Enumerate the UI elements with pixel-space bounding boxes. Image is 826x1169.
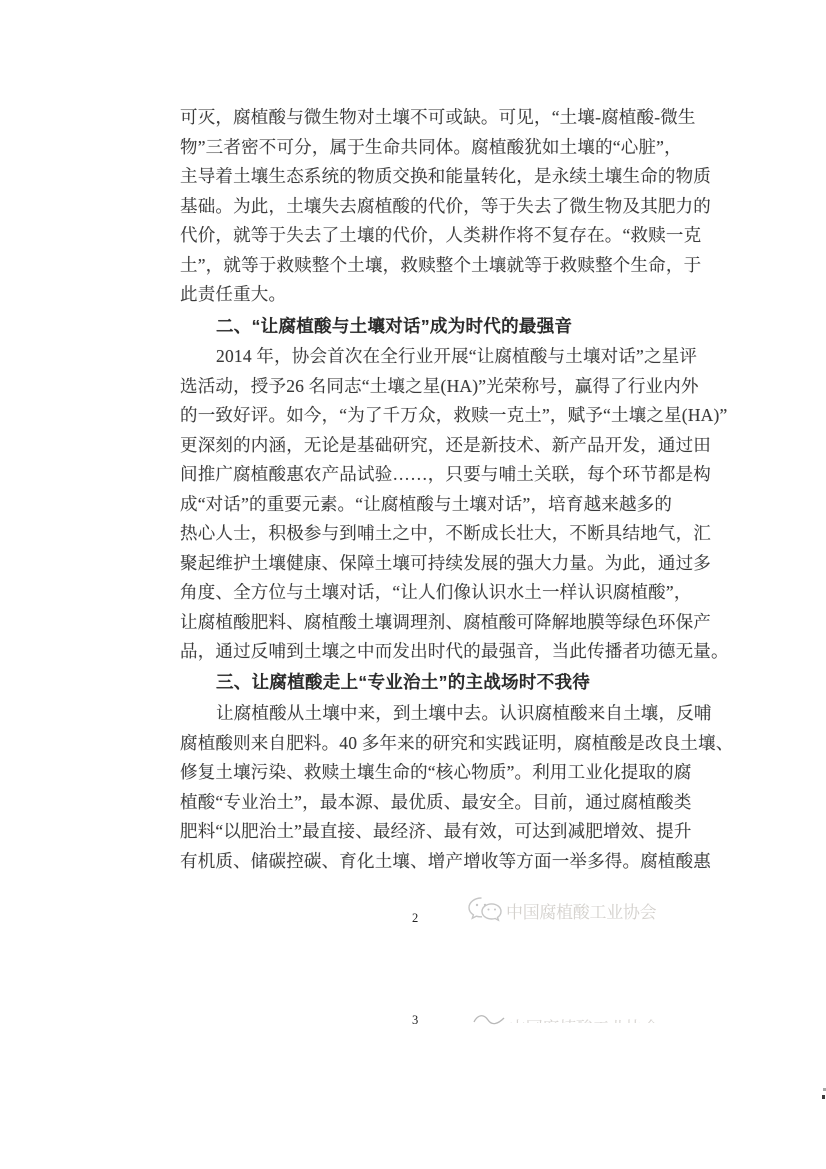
text-line: 更深刻的内涵，无论是基础研究，还是新技术、新产品开发，通过田 [180, 431, 662, 461]
section-heading-3: 三、让腐植酸走上“专业治土”的主战场时不我待 [180, 668, 662, 698]
page-number: 2 [412, 911, 418, 926]
text-line: 基础。为此，土壤失去腐植酸的代价，等于失去了微生物及其肥力的 [180, 192, 662, 222]
text-line: 品，通过反哺到土壤之中而发出时代的最强音，当此传播者功德无量。 [180, 637, 662, 667]
text-line: 角度、全方位与土壤对话，“让人们像认识水土一样认识腐植酸”， [180, 578, 662, 608]
continued-paragraph: 可灭，腐植酸与微生物对土壤不可或缺。可见，“土壤-腐植酸-微生 物”三者密不可分… [180, 103, 662, 310]
text-line: 选活动，授予26 名同志“土壤之星(HA)”光荣称号，赢得了行业内外 [180, 372, 662, 402]
text-line: 腐植酸则来自肥料。40 多年来的研究和实践证明，腐植酸是改良土壤、 [180, 729, 662, 759]
document-page: 可灭，腐植酸与微生物对土壤不可或缺。可见，“土壤-腐植酸-微生 物”三者密不可分… [0, 0, 826, 1169]
next-page-number: 3 [412, 1013, 418, 1028]
text-line: 肥料“以肥治土”最直接、最经济、最有效，可达到减肥增效、提升 [180, 817, 662, 847]
wechat-logo-icon [466, 894, 504, 926]
watermark-account-name: 中国腐植酸工业协会 [506, 898, 656, 923]
wechat-logo-partial-icon [472, 1010, 506, 1030]
text-line: 代价，就等于失去了土壤的代价，人类耕作将不复存在。“救赎一克 [180, 221, 662, 251]
watermark-account-name-partial: 中国腐植酸工业协会 [509, 1019, 659, 1023]
text-line: 让腐植酸从土壤中来，到土壤中去。认识腐植酸来自土壤，反哺 [180, 699, 662, 729]
wechat-watermark: 中国腐植酸工业协会 [466, 894, 656, 926]
paragraph-2: 2014 年，协会首次在全行业开展“让腐植酸与土壤对话”之星评 选活动，授予26… [180, 342, 662, 667]
text-line: 可灭，腐植酸与微生物对土壤不可或缺。可见，“土壤-腐植酸-微生 [180, 103, 662, 133]
text-line: 有机质、储碳控碳、育化土壤、增产增收等方面一举多得。腐植酸惠 [180, 847, 662, 877]
text-line: 2014 年，协会首次在全行业开展“让腐植酸与土壤对话”之星评 [180, 342, 662, 372]
text-line: 主导着土壤生态系统的物质交换和能量转化，是永续土壤生命的物质 [180, 162, 662, 192]
watermark-text-clipped: 中国腐植酸工业协会 [509, 1014, 659, 1023]
text-line: 间推广腐植酸惠农产品试验……，只要与哺土关联，每个环节都是构 [180, 460, 662, 490]
section-heading-2: 二、“让腐植酸与土壤对话”成为时代的最强音 [180, 312, 662, 342]
text-line: 植酸“专业治土”，最本源、最优质、最安全。目前，通过腐植酸类 [180, 788, 662, 818]
scan-artifact [822, 1095, 825, 1099]
text-line: 土”，就等于救赎整个土壤，救赎整个土壤就等于救赎整个生命，于 [180, 251, 662, 281]
paragraph-3: 让腐植酸从土壤中来，到土壤中去。认识腐植酸来自土壤，反哺 腐植酸则来自肥料。40… [180, 699, 662, 876]
text-line: 物”三者密不可分，属于生命共同体。腐植酸犹如土壤的“心脏”， [180, 133, 662, 163]
text-line: 修复土壤污染、救赎土壤生命的“核心物质”。利用工业化提取的腐 [180, 758, 662, 788]
text-line: 聚起维护土壤健康、保障土壤可持续发展的强大力量。为此，通过多 [180, 549, 662, 579]
text-line: 此责任重大。 [180, 280, 662, 310]
watermark-remnant: 中国腐植酸工业协会 [472, 1006, 659, 1030]
text-line: 热心人士，积极参与到哺土之中，不断成长壮大，不断具结地气，汇 [180, 519, 662, 549]
text-line: 成“对话”的重要元素。“让腐植酸与土壤对话”，培育越来越多的 [180, 490, 662, 520]
text-line: 让腐植酸肥料、腐植酸土壤调理剂、腐植酸可降解地膜等绿色环保产 [180, 608, 662, 638]
text-line: 的一致好评。如今，“为了千万众，救赎一克土”，赋予“土壤之星(HA)” [180, 401, 662, 431]
